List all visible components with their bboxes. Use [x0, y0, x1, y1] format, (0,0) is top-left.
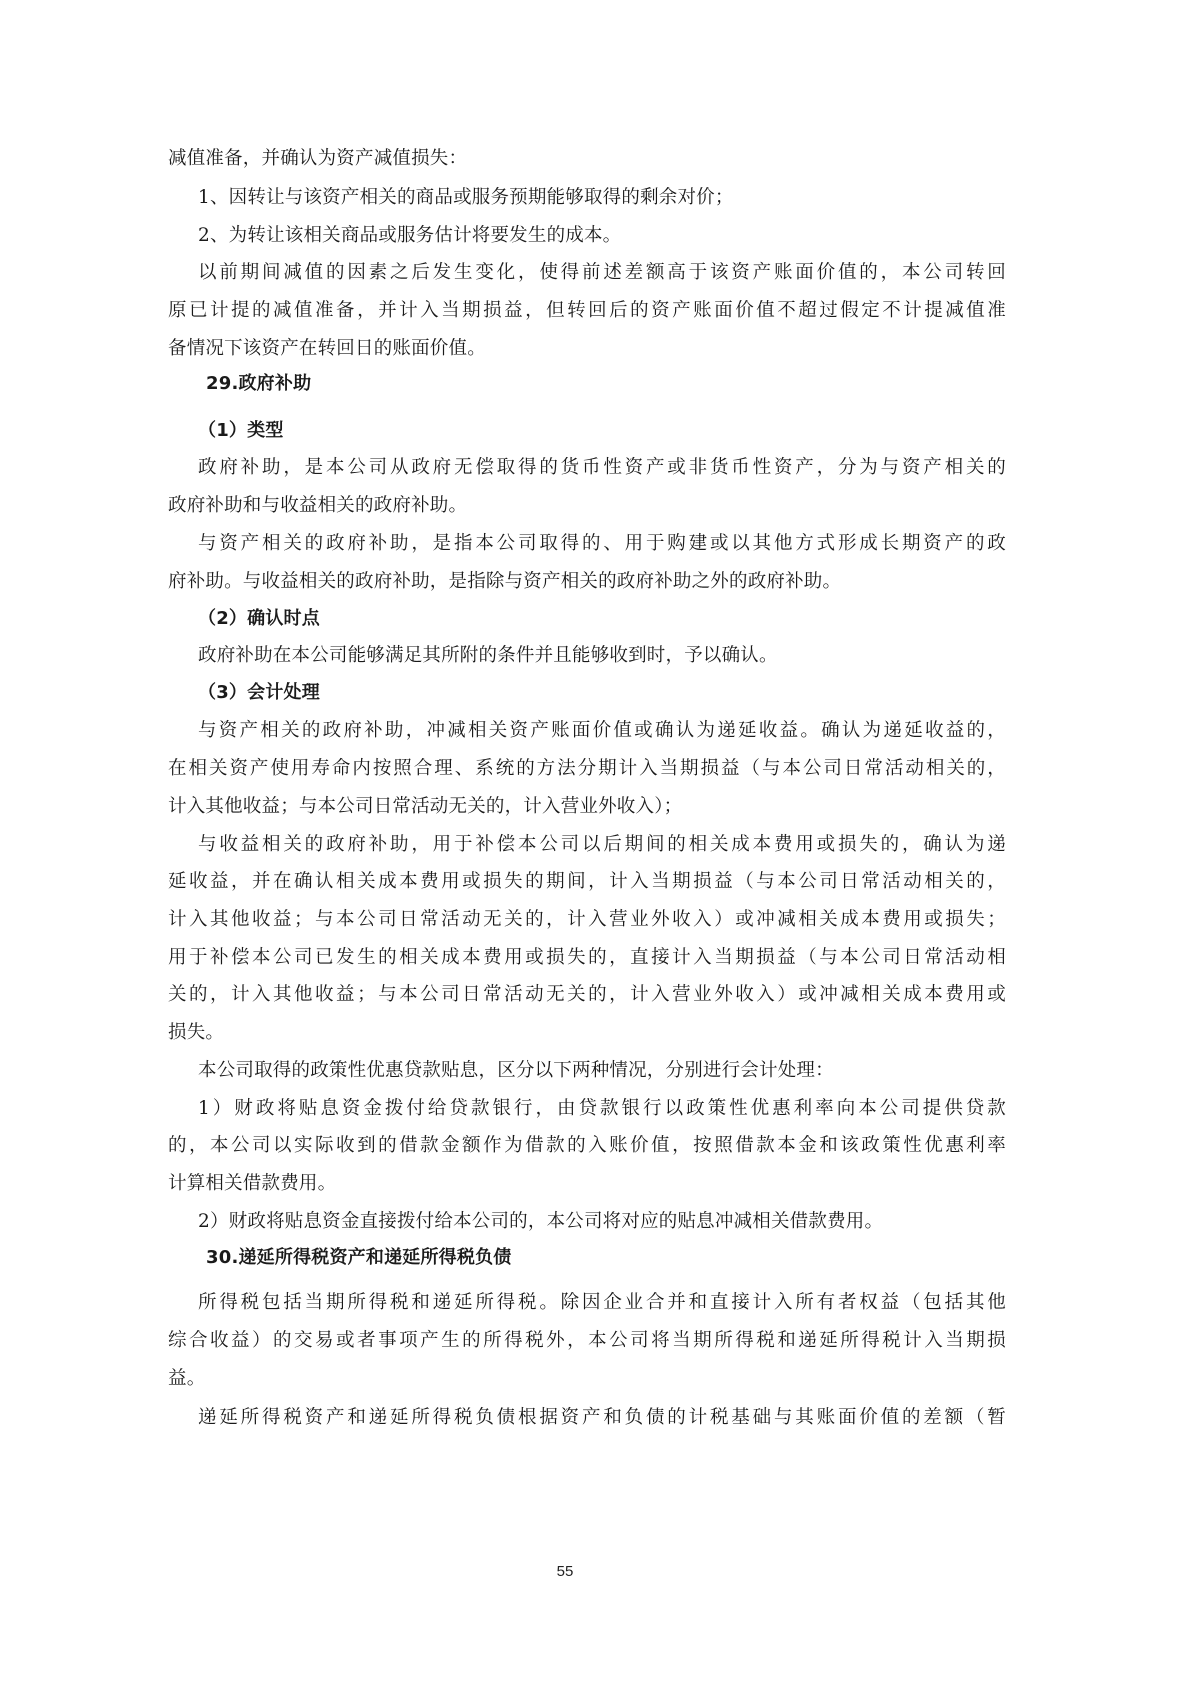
paragraph-line: 与资产相关的政府补助，是指本公司取得的、用于购建或以其他方式形成长期资产的政	[198, 529, 1006, 559]
paragraph-line: 府补助。与收益相关的政府补助，是指除与资产相关的政府补助之外的政府补助。	[168, 567, 1006, 597]
paragraph-line: 政府补助在本公司能够满足其所附的条件并且能够收到时，予以确认。	[198, 641, 1006, 671]
paragraph-line: 2、为转让该相关商品或服务估计将要发生的成本。	[198, 221, 1006, 251]
section-heading: （1）类型	[198, 416, 1006, 446]
paragraph-line: 减值准备，并确认为资产减值损失：	[168, 144, 1006, 174]
paragraph-line: 的，本公司以实际收到的借款金额作为借款的入账价值，按照借款本金和该政策性优惠利率	[168, 1131, 1006, 1161]
paragraph-line: 用于补偿本公司已发生的相关成本费用或损失的，直接计入当期损益（与本公司日常活动相	[168, 943, 1006, 973]
paragraph-line: 益。	[168, 1364, 1006, 1394]
paragraph-line: 在相关资产使用寿命内按照合理、系统的方法分期计入当期损益（与本公司日常活动相关的…	[168, 754, 1006, 784]
paragraph-line: 与收益相关的政府补助，用于补偿本公司以后期间的相关成本费用或损失的，确认为递	[198, 830, 1006, 860]
paragraph-line: 以前期间减值的因素之后发生变化，使得前述差额高于该资产账面价值的，本公司转回	[198, 258, 1006, 288]
paragraph-line: 原已计提的减值准备，并计入当期损益，但转回后的资产账面价值不超过假定不计提减值准	[168, 296, 1006, 326]
section-heading: （2）确认时点	[198, 604, 1006, 634]
paragraph-line: 关的，计入其他收益；与本公司日常活动无关的，计入营业外收入）或冲减相关成本费用或	[168, 980, 1006, 1010]
paragraph-line: 综合收益）的交易或者事项产生的所得税外，本公司将当期所得税和递延所得税计入当期损	[168, 1326, 1006, 1356]
document-page: 减值准备，并确认为资产减值损失：1、因转让与该资产相关的商品或服务预期能够取得的…	[0, 0, 1190, 1683]
section-heading: 30.递延所得税资产和递延所得税负债	[206, 1243, 1006, 1273]
paragraph-line: 政府补助和与收益相关的政府补助。	[168, 491, 1006, 521]
paragraph-line: 计入其他收益；与本公司日常活动无关的，计入营业外收入）或冲减相关成本费用或损失；	[168, 905, 1006, 935]
paragraph-line: 与资产相关的政府补助，冲减相关资产账面价值或确认为递延收益。确认为递延收益的，	[198, 716, 1006, 746]
paragraph-line: 递延所得税资产和递延所得税负债根据资产和负债的计税基础与其账面价值的差额（暂	[198, 1403, 1006, 1433]
paragraph-line: 1、因转让与该资产相关的商品或服务预期能够取得的剩余对价；	[198, 183, 1006, 213]
paragraph-line: 2）财政将贴息资金直接拨付给本公司的，本公司将对应的贴息冲减相关借款费用。	[198, 1207, 1006, 1237]
section-heading: （3）会计处理	[198, 678, 1006, 708]
section-heading: 29.政府补助	[206, 369, 1006, 399]
paragraph-line: 计算相关借款费用。	[168, 1169, 1006, 1199]
paragraph-line: 本公司取得的政策性优惠贷款贴息，区分以下两种情况，分别进行会计处理：	[198, 1056, 1006, 1086]
paragraph-line: 所得税包括当期所得税和递延所得税。除因企业合并和直接计入所有者权益（包括其他	[198, 1288, 1006, 1318]
paragraph-line: 备情况下该资产在转回日的账面价值。	[168, 334, 1006, 364]
paragraph-line: 计入其他收益；与本公司日常活动无关的，计入营业外收入）；	[168, 792, 1006, 822]
page-number: 55	[545, 1563, 585, 1580]
paragraph-line: 1）财政将贴息资金拨付给贷款银行，由贷款银行以政策性优惠利率向本公司提供贷款	[198, 1094, 1006, 1124]
paragraph-line: 政府补助，是本公司从政府无偿取得的货币性资产或非货币性资产，分为与资产相关的	[198, 453, 1006, 483]
paragraph-line: 延收益，并在确认相关成本费用或损失的期间，计入当期损益（与本公司日常活动相关的，	[168, 867, 1006, 897]
paragraph-line: 损失。	[168, 1018, 1006, 1048]
